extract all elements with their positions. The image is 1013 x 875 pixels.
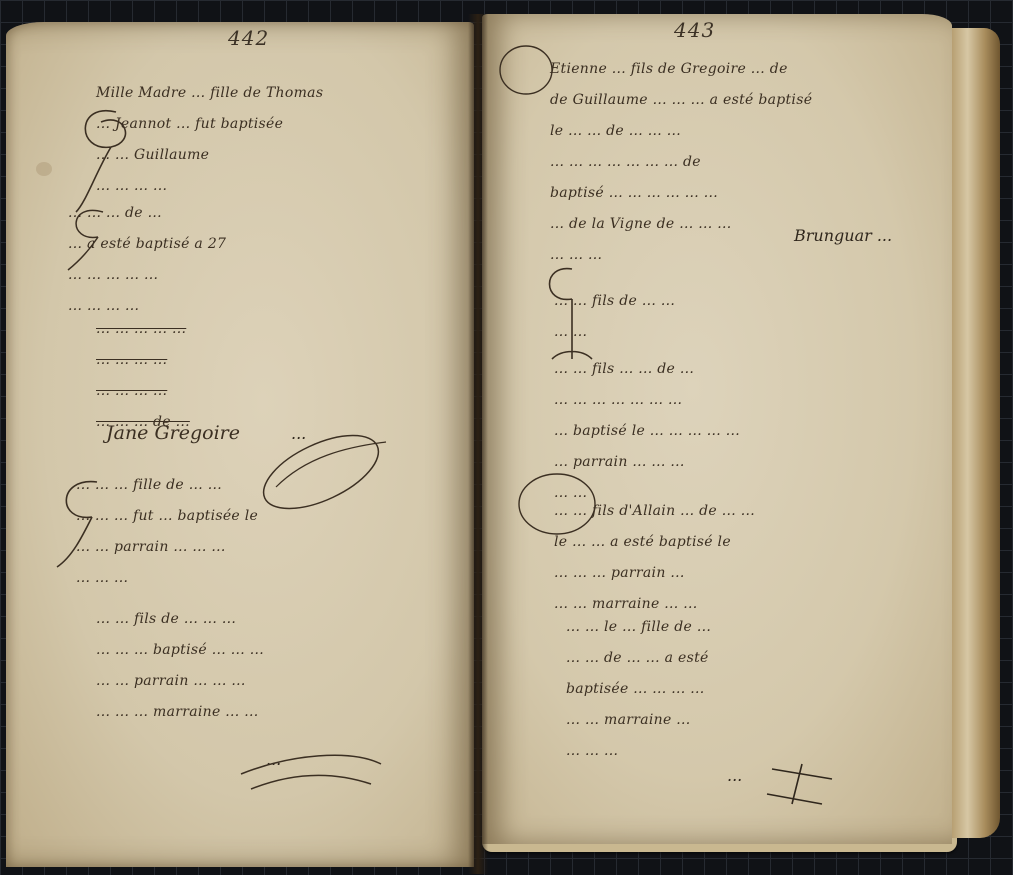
signature: Brunguar ... bbox=[794, 226, 892, 245]
baptism-entry: ... ... ... fille de ... ... ... ... ...… bbox=[76, 470, 258, 594]
baptism-entry: ... ... ... de ... ... a esté baptisé a … bbox=[68, 198, 226, 322]
baptism-entry-struck: ... ... ... ... ... ... ... ... ... ... … bbox=[96, 314, 190, 438]
signature: ... bbox=[727, 766, 742, 785]
paper-stain bbox=[36, 162, 52, 176]
baptism-entry: ... ... fils de ... ... ... ... ... ... … bbox=[96, 604, 264, 728]
baptism-entry: Mille Madre ... fille de Thomas ... Jean… bbox=[96, 78, 323, 202]
folio-number-right: 443 bbox=[674, 18, 715, 42]
folio-number-left: 442 bbox=[228, 26, 269, 50]
right-page: 443 Etienne ... fils de Gregoire ... de … bbox=[482, 14, 952, 844]
book-gutter bbox=[468, 14, 488, 874]
signature-flourish-icon bbox=[231, 734, 391, 804]
open-register-book: 442 Mille Madre ... fille de Thomas ... … bbox=[0, 0, 1013, 875]
baptism-entry: Etienne ... fils de Gregoire ... de de G… bbox=[550, 54, 812, 271]
signature-mark-icon bbox=[762, 754, 842, 814]
baptism-entry: ... ... fils de ... ... ... ... bbox=[554, 286, 675, 348]
signature-flourish-icon bbox=[246, 417, 396, 527]
baptism-entry: ... ... fils d'Allain ... de ... ... le … bbox=[554, 496, 755, 620]
left-page: 442 Mille Madre ... fille de Thomas ... … bbox=[6, 22, 474, 867]
margin-name-annotation: Jane Gregoire bbox=[106, 422, 240, 444]
book-fore-edge bbox=[950, 28, 1000, 838]
baptism-entry: ... ... le ... fille de ... ... ... de .… bbox=[566, 612, 711, 767]
